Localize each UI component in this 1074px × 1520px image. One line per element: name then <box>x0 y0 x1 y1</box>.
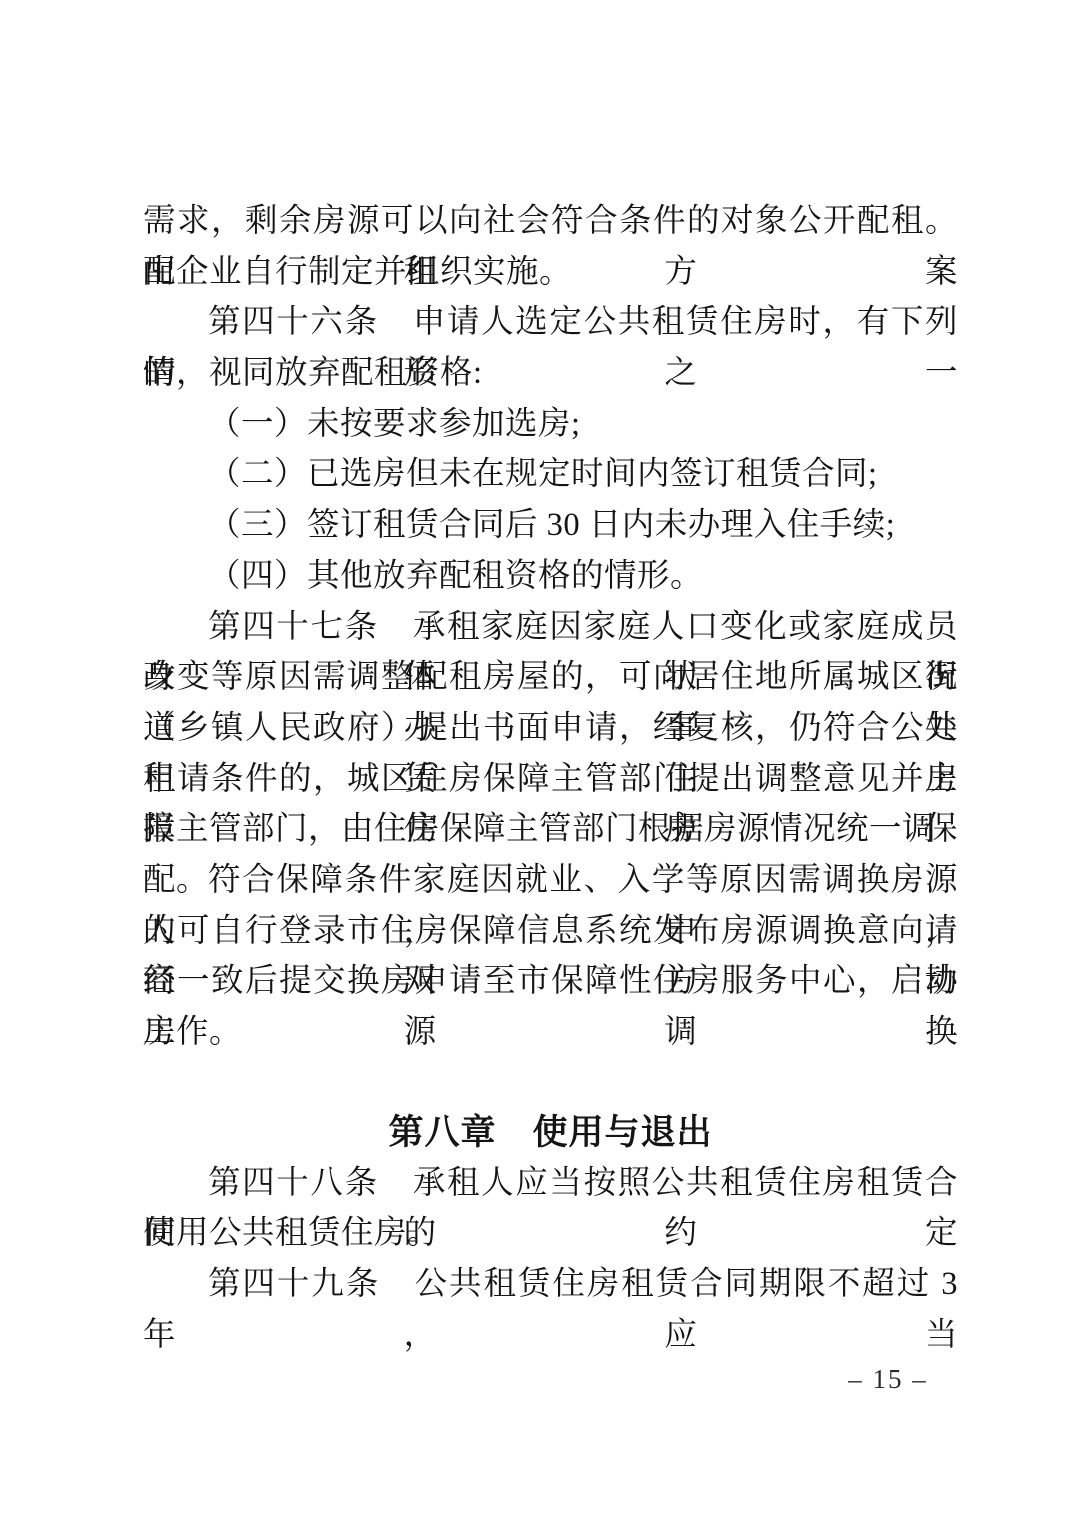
text-line: 申请条件的，城区住房保障主管部门提出调整意见并上报住房保 <box>143 754 958 805</box>
text-line: （三）签订租赁合同后 30 日内未办理入住手续; <box>143 500 958 551</box>
text-line: 第四十九条 公共租赁住房租赁合同期限不超过 3 年，应当 <box>143 1259 958 1310</box>
text-line: 需求，剩余房源可以向社会符合条件的对象公开配租。配租方案 <box>143 196 958 247</box>
document-content: 需求，剩余房源可以向社会符合条件的对象公开配租。配租方案由企业自行制定并组织实施… <box>143 196 958 1310</box>
text-line: 人可自行登录市住房保障信息系统发布房源调换意向，经双方协 <box>143 906 958 957</box>
page-number: – 15 – <box>838 1363 938 1395</box>
text-line: 第四十六条 申请人选定公共租赁住房时，有下列情形之一 <box>143 297 958 348</box>
chapter-heading: 第八章 使用与退出 <box>143 1107 958 1158</box>
text-line: 第四十七条 承租家庭因家庭人口变化或家庭成员身体状况 <box>143 602 958 653</box>
text-line: （二）已选房但未在规定时间内签订租赁合同; <box>143 449 958 500</box>
text-line: （四）其他放弃配租资格的情形。 <box>143 551 958 602</box>
text-line: 符合保障条件家庭因就业、入学等原因需调换房源的，申请 <box>143 855 958 906</box>
text-line: 商一致后提交换房申请至市保障性住房服务中心，启动房源调换 <box>143 956 958 1007</box>
text-line: （一）未按要求参加选房; <box>143 399 958 450</box>
text-line: 障主管部门，由住房保障主管部门根据房源情况统一调配。 <box>143 804 958 855</box>
text-line: （乡镇人民政府）提出书面申请，经复核，仍符合公共租赁住房 <box>143 703 958 754</box>
text-line: 改变等原因需调整配租房屋的，可向居住地所属城区街道办事处 <box>143 652 958 703</box>
document-page: 需求，剩余房源可以向社会符合条件的对象公开配租。配租方案由企业自行制定并组织实施… <box>0 0 1074 1520</box>
text-line: 第四十八条 承租人应当按照公共租赁住房租赁合同的约定 <box>143 1158 958 1209</box>
